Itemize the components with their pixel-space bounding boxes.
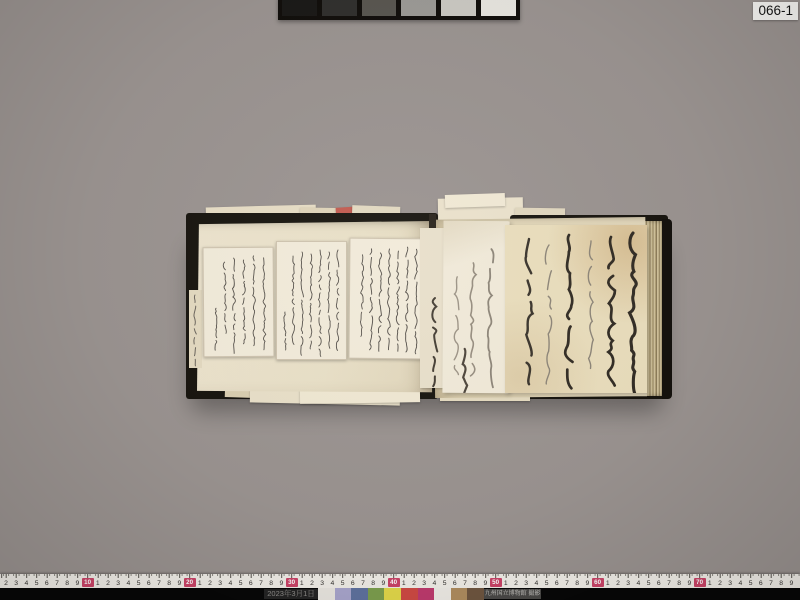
grayscale-patch: [401, 0, 436, 16]
ruler-number: 9: [276, 579, 286, 588]
ruler-number: 6: [246, 579, 256, 588]
ruler-number: 2: [307, 579, 317, 588]
handwriting-marks: [189, 290, 202, 368]
photo-canvas: 066-1 234567891012: [0, 0, 800, 600]
ruler-number: 8: [572, 579, 582, 588]
ruler-number: 2: [103, 579, 113, 588]
color-patch: [384, 588, 401, 600]
grayscale-patch: [282, 0, 317, 16]
ruler-number: 8: [776, 579, 786, 588]
credit-stamp: 九州国立博物館 撮影: [484, 589, 541, 599]
ruler-number: 1: [93, 579, 103, 588]
ruler-number: 6: [552, 579, 562, 588]
ruler-number: 5: [32, 579, 42, 588]
color-patch: [368, 588, 385, 600]
ruler-number: 2: [409, 579, 419, 588]
ruler-number: 2: [511, 579, 521, 588]
calligraphy-sheet-main: [505, 225, 647, 393]
ruler-number: 6: [654, 579, 664, 588]
ruler-number: 9: [786, 579, 796, 588]
handwriting-overlap-sheet: [442, 221, 509, 393]
ruler-number: 8: [470, 579, 480, 588]
color-patch: [351, 588, 368, 600]
grayscale-patch: [362, 0, 397, 16]
ruler-number: 5: [542, 579, 552, 588]
ruler-number: 4: [633, 579, 643, 588]
color-calibration-bar: [318, 588, 484, 600]
ruler-number: 3: [419, 579, 429, 588]
ruler-number: 7: [52, 579, 62, 588]
ruler-number: 1: [705, 579, 715, 588]
photo-id-label: 066-1: [753, 2, 798, 20]
color-patch: [451, 588, 468, 600]
ruler-number: 5: [236, 579, 246, 588]
color-patch: [401, 588, 418, 600]
color-patch: [434, 588, 451, 600]
ruler-number: 8: [164, 579, 174, 588]
ruler-number: 7: [154, 579, 164, 588]
scale-ruler: 2345678910123456789201234567893012345678…: [0, 574, 800, 588]
ruler-number: 3: [11, 579, 21, 588]
grayscale-patch: [441, 0, 476, 16]
ruler-number: 2: [205, 579, 215, 588]
spine-gap: [429, 214, 436, 228]
ruler-number: 4: [21, 579, 31, 588]
ruler-number: 3: [317, 579, 327, 588]
back-cover-edge: [662, 219, 672, 399]
grayscale-calibration-bar: [278, 0, 520, 20]
color-patch: [418, 588, 435, 600]
ruler-number: 8: [674, 579, 684, 588]
color-patch: [467, 588, 484, 600]
ruler-number: 6: [450, 579, 460, 588]
ruler-number: 5: [440, 579, 450, 588]
ruler-number: 2: [1, 579, 11, 588]
ruler-number: 7: [766, 579, 776, 588]
ruler-number: 6: [42, 579, 52, 588]
ruler-number: 1: [603, 579, 613, 588]
ruler-number: 7: [460, 579, 470, 588]
grayscale-patch: [322, 0, 357, 16]
handwriting-main-sheet: [505, 225, 647, 393]
ruler-numbers: 2345678910123456789201234567893012345678…: [0, 574, 800, 588]
ruler-number: 4: [531, 579, 541, 588]
ruler-number: 3: [521, 579, 531, 588]
ruler-number: 5: [746, 579, 756, 588]
ruler-number: 4: [429, 579, 439, 588]
ruler-number: 4: [735, 579, 745, 588]
ruler-number: 6: [348, 579, 358, 588]
postcard-3: [348, 238, 426, 360]
protruding-page-edge: [189, 290, 202, 368]
ruler-number: 4: [327, 579, 337, 588]
loose-paper-top: [445, 193, 505, 208]
ruler-number: 3: [725, 579, 735, 588]
ruler-number: 8: [266, 579, 276, 588]
ruler-number: 2: [613, 579, 623, 588]
handwriting-postcard-3: [349, 239, 425, 359]
ruler-number: 7: [562, 579, 572, 588]
ruler-number: 9: [378, 579, 388, 588]
ruler-number: 7: [256, 579, 266, 588]
ruler-number: 2: [715, 579, 725, 588]
ruler-number: 4: [225, 579, 235, 588]
ruler-number: 9: [480, 579, 490, 588]
ruler-number: 3: [215, 579, 225, 588]
ruler-number: 9: [684, 579, 694, 588]
postcard-1: [203, 247, 275, 358]
ruler-number: 1: [195, 579, 205, 588]
ruler-number: 6: [756, 579, 766, 588]
ruler-number: 5: [134, 579, 144, 588]
grayscale-patch: [481, 0, 516, 16]
ruler-number: 1: [501, 579, 511, 588]
postcard-2: [276, 241, 347, 360]
ruler-number: 6: [144, 579, 154, 588]
ruler-number: 9: [72, 579, 82, 588]
ruler-number: 5: [338, 579, 348, 588]
ruler-number: 8: [62, 579, 72, 588]
ruler-number: 7: [664, 579, 674, 588]
ruler-number: 3: [113, 579, 123, 588]
color-patch: [318, 588, 335, 600]
ruler-number: 3: [623, 579, 633, 588]
ruler-number: 7: [358, 579, 368, 588]
ruler-number: 4: [123, 579, 133, 588]
calligraphy-sheet-overlap: [442, 221, 509, 393]
ruler-number: 1: [399, 579, 409, 588]
ruler-number: 9: [174, 579, 184, 588]
ruler-number: 5: [644, 579, 654, 588]
ruler-number: 8: [368, 579, 378, 588]
color-patch: [335, 588, 352, 600]
date-stamp: 2023年3月1日: [264, 589, 318, 599]
handwriting-postcard-1: [204, 248, 274, 357]
ruler-number: 1: [297, 579, 307, 588]
handwriting-postcard-2: [277, 242, 346, 359]
ruler-number: 9: [582, 579, 592, 588]
